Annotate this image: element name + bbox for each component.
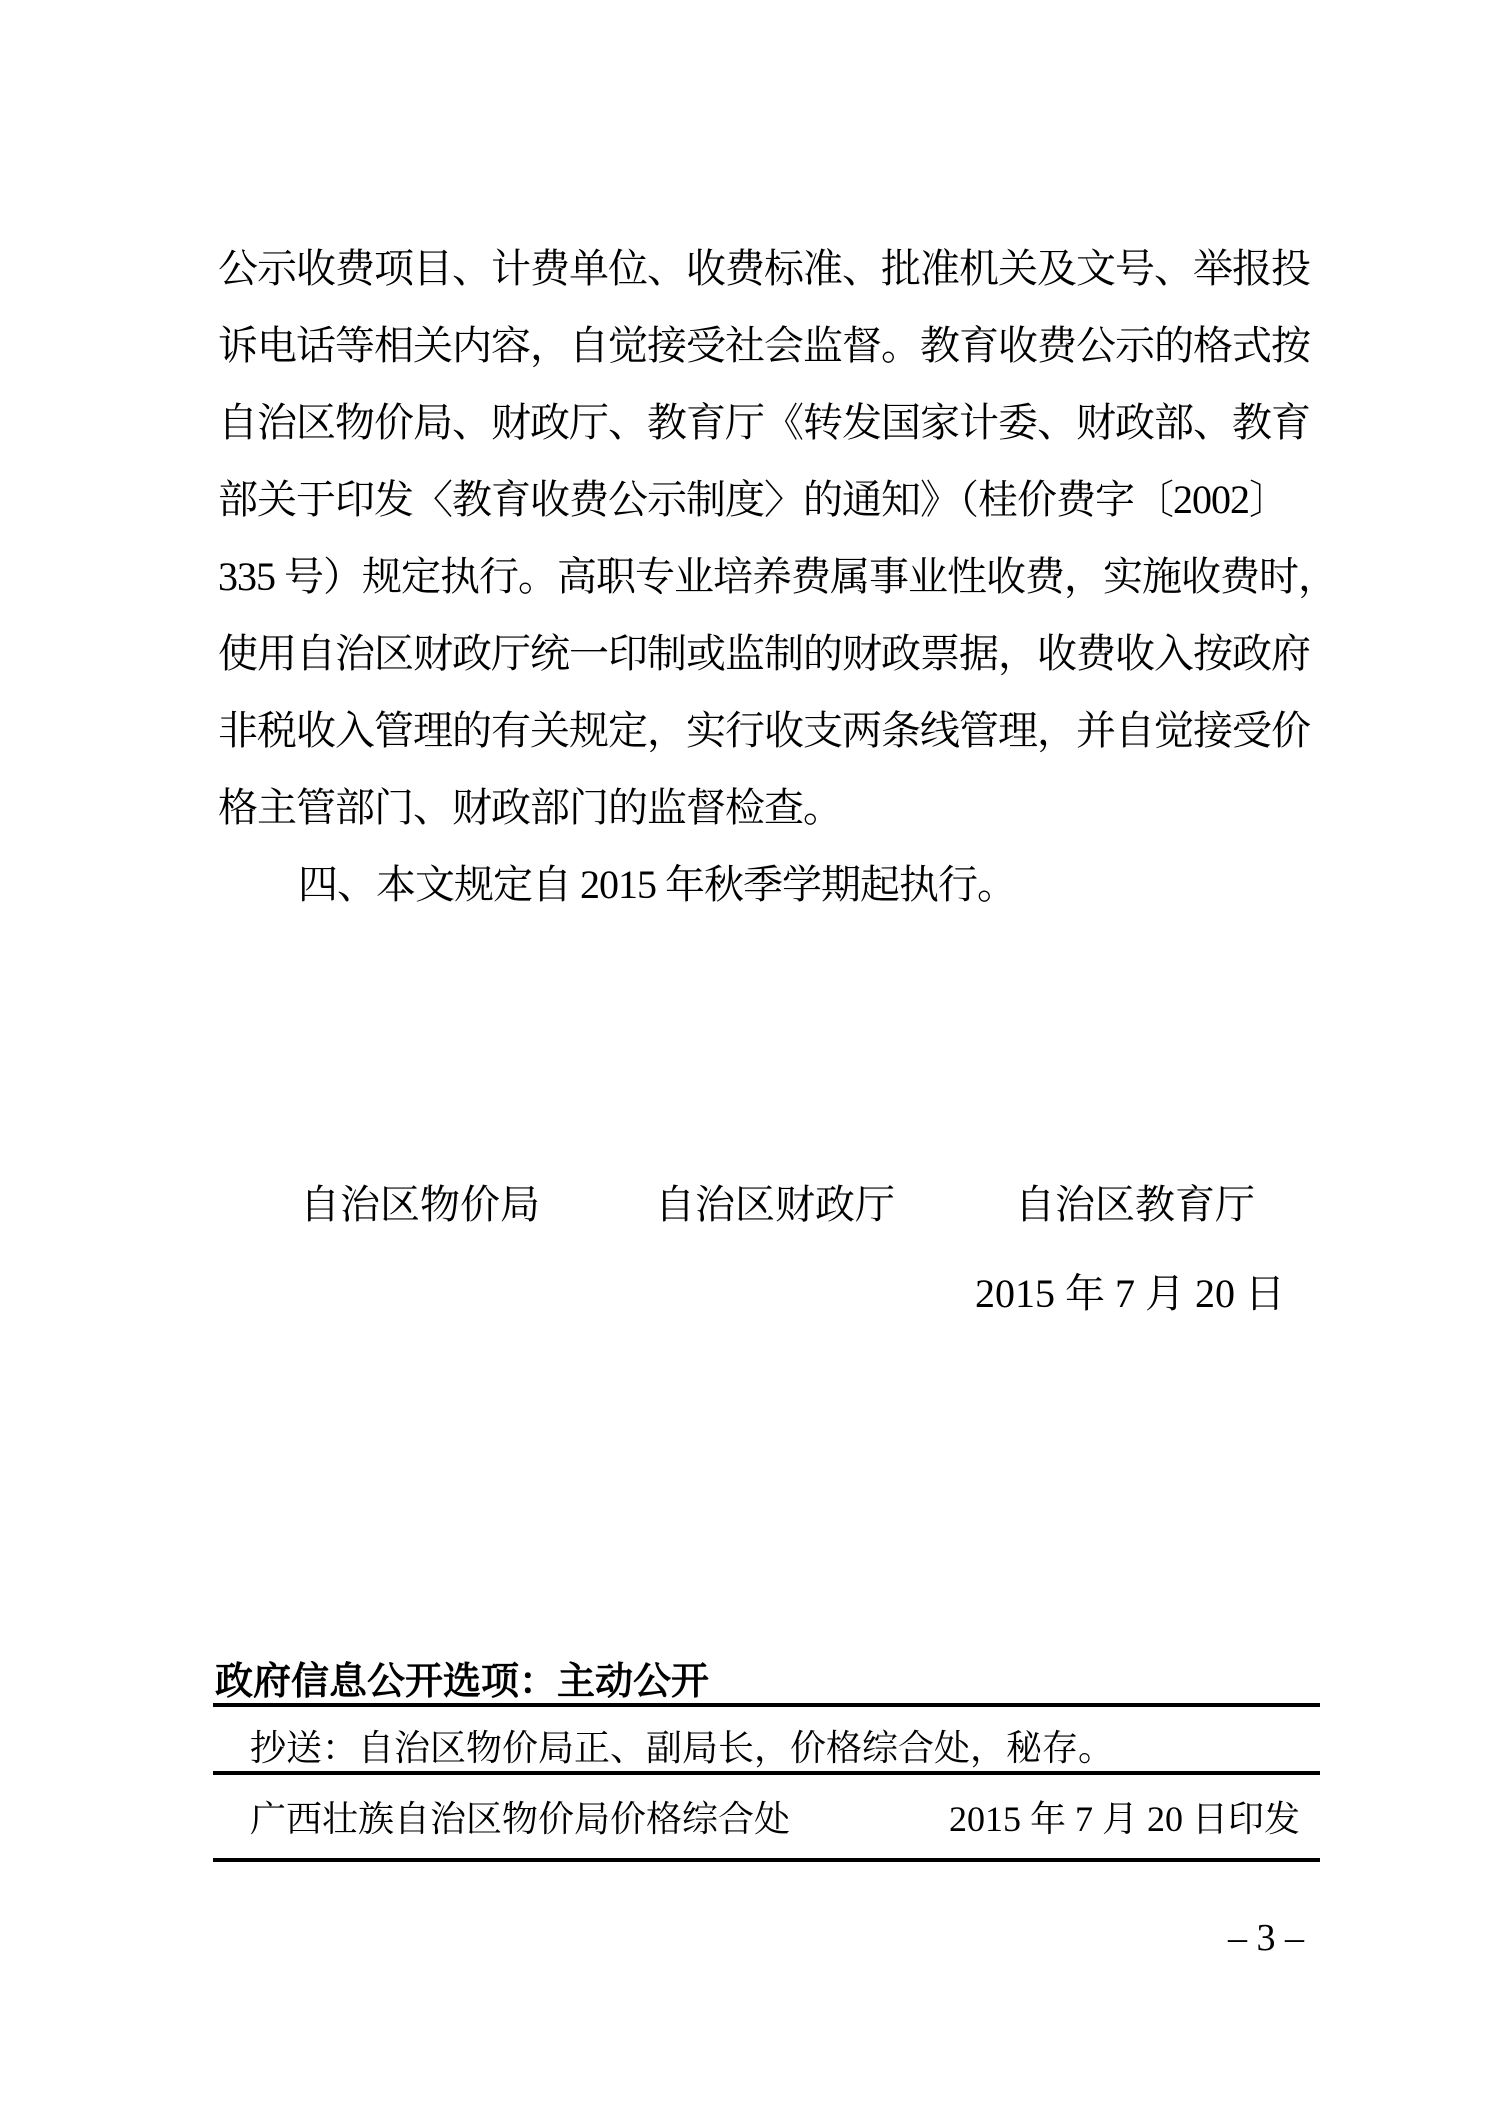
signature-agency-education-dept: 自治区教育厅	[1015, 1183, 1255, 1227]
body-line-7: 非税收入管理的有关规定，实行收支两条线管理，并自觉接受价	[218, 708, 1318, 754]
signature-agency-price-bureau: 自治区物价局	[300, 1183, 540, 1227]
body-line-3: 自治区物价局、财政厅、教育厅《转发国家计委、财政部、教育	[218, 400, 1318, 446]
signature-agency-finance-dept: 自治区财政厅	[655, 1183, 895, 1227]
page-number: – 3 –	[1228, 1916, 1304, 1960]
disclosure-option-label: 政府信息公开选项：主动公开	[215, 1660, 709, 1704]
body-line-2: 诉电话等相关内容，自觉接受社会监督。教育收费公示的格式按	[218, 323, 1318, 369]
cc-line: 抄送：自治区物价局正、副局长，价格综合处，秘存。	[250, 1727, 1114, 1769]
body-line-6: 使用自治区财政厅统一印制或监制的财政票据，收费收入按政府	[218, 631, 1318, 677]
body-line-8: 格主管部门、财政部门的监督检查。	[218, 785, 1318, 831]
document-page: 公示收费项目、计费单位、收费标准、批准机关及文号、举报投 诉电话等相关内容，自觉…	[0, 0, 1499, 2121]
issuer-office: 广西壮族自治区物价局价格综合处	[250, 1798, 790, 1840]
body-line-4: 部关于印发〈教育收费公示制度〉的通知》（桂价费字〔2002〕	[218, 477, 1318, 523]
footer-divider-middle	[213, 1771, 1320, 1775]
signature-date: 2015 年 7 月 20 日	[975, 1272, 1280, 1316]
footer-divider-bottom	[213, 1858, 1320, 1862]
body-line-5: 335 号）规定执行。高职专业培养费属事业性收费，实施收费时，	[218, 554, 1318, 600]
footer-divider-top	[213, 1703, 1320, 1707]
body-line-9: 四、本文规定自 2015 年秋季学期起执行。	[298, 862, 1398, 908]
print-date: 2015 年 7 月 20 日印发	[949, 1798, 1300, 1840]
body-line-1: 公示收费项目、计费单位、收费标准、批准机关及文号、举报投	[218, 246, 1318, 292]
